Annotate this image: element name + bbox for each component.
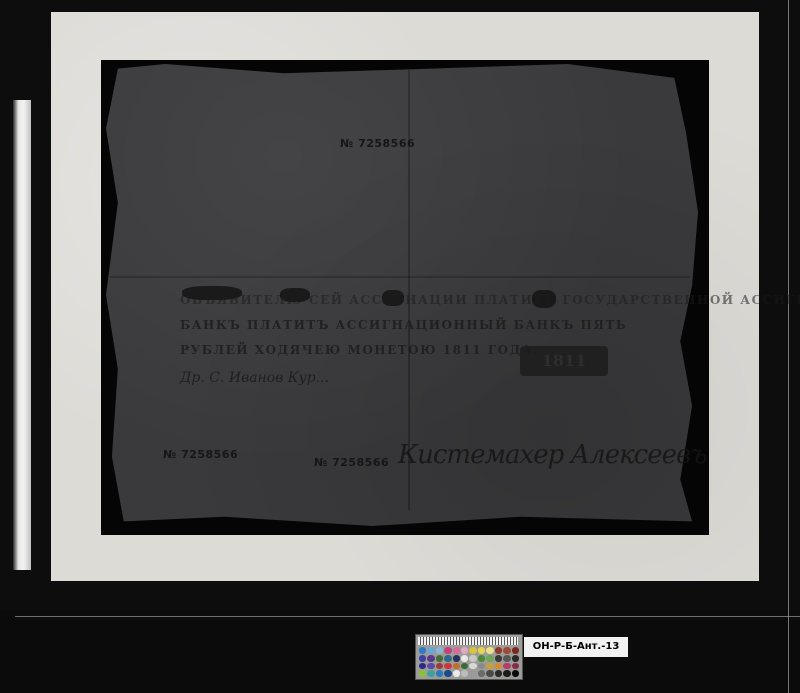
color-patch (512, 655, 519, 662)
color-patch (461, 655, 468, 662)
signature: Кистемахер Алексеевъ (398, 440, 706, 470)
catalog-label: ОН-Р-Б-Ант.-13 (524, 637, 628, 657)
color-patch (419, 647, 426, 654)
ruler-scale (418, 637, 518, 645)
serial-number-bottom-left: № 7258566 (163, 448, 238, 461)
color-patch (427, 655, 434, 662)
color-patch (453, 647, 460, 654)
color-patch (478, 647, 485, 654)
light-glare (13, 100, 31, 570)
color-patch (486, 663, 493, 670)
color-patch (436, 663, 443, 670)
color-patch (444, 655, 451, 662)
printed-text-line: рублей ходячею монетою 1811 года. (180, 343, 539, 357)
color-patch (453, 655, 460, 662)
color-patch (461, 670, 468, 677)
frame-edge (788, 0, 789, 693)
color-patch (444, 663, 451, 670)
color-patch (512, 647, 519, 654)
color-patch (512, 663, 519, 670)
color-patch (503, 670, 510, 677)
serial-number-top: № 7258566 (340, 137, 415, 150)
color-patch (486, 670, 493, 677)
color-patch-grid (419, 647, 519, 677)
fold-crease-horizontal (110, 276, 690, 278)
color-patch (486, 655, 493, 662)
color-patch (495, 647, 502, 654)
color-patch (453, 670, 460, 677)
color-patch (469, 670, 476, 677)
color-patch (469, 655, 476, 662)
stamp-mark: 1811 (520, 346, 608, 376)
color-patch (427, 670, 434, 677)
color-patch (469, 663, 476, 670)
color-patch (461, 647, 468, 654)
color-patch (503, 663, 510, 670)
color-patch (495, 670, 502, 677)
handwritten-annotation: Др. С. Иванов Кур... (180, 370, 329, 386)
color-patch (478, 670, 485, 677)
color-patch (453, 663, 460, 670)
color-patch (461, 663, 468, 670)
color-patch (436, 670, 443, 677)
color-patch (495, 655, 502, 662)
color-patch (419, 670, 426, 677)
color-patch (469, 647, 476, 654)
color-patch (436, 655, 443, 662)
color-patch (444, 670, 451, 677)
color-patch (444, 647, 451, 654)
color-patch (495, 663, 502, 670)
color-patch (486, 647, 493, 654)
color-patch (419, 655, 426, 662)
color-patch (427, 663, 434, 670)
color-patch (503, 655, 510, 662)
printed-text-line: Объявителю сей ассигнации платитъ госуда… (180, 293, 800, 307)
color-patch (478, 663, 485, 670)
serial-number-bottom-center: № 7258566 (314, 456, 389, 469)
color-calibration-target (415, 634, 523, 680)
color-patch (427, 647, 434, 654)
color-patch (503, 647, 510, 654)
color-patch (436, 647, 443, 654)
color-patch (512, 670, 519, 677)
printed-text-line: банкъ платитъ ассигнационный банкъ пять (180, 318, 627, 332)
scan-edge-line (15, 616, 800, 617)
color-patch (478, 655, 485, 662)
color-patch (419, 663, 426, 670)
